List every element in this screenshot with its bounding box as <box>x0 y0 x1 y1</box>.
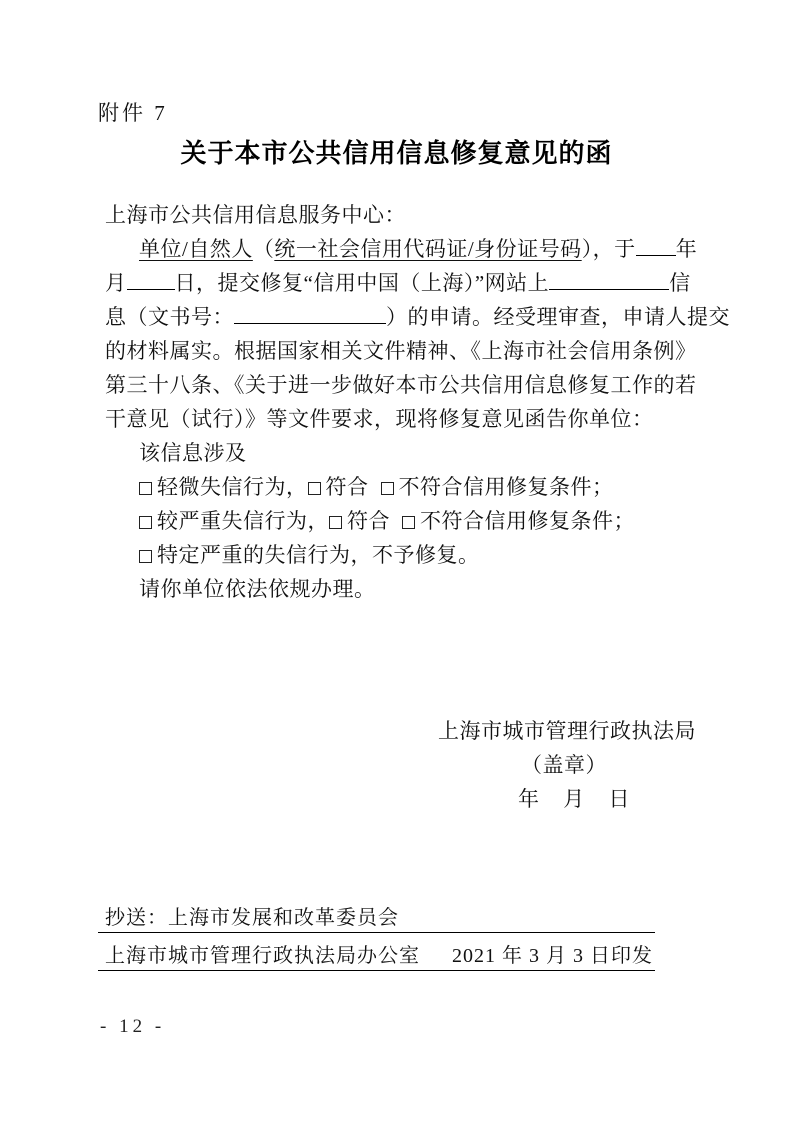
blank-field-info <box>549 271 669 290</box>
checkbox-icon[interactable] <box>308 482 321 495</box>
checkbox-icon[interactable] <box>139 550 152 563</box>
blank-field-docnum <box>234 305 386 324</box>
line-legal-3: 干意见（试行）》等文件要求，现将修复意见函告你单位： <box>105 402 671 436</box>
behavior-label: 轻微失信行为， <box>157 475 308 499</box>
option-row-severe: 特定严重的失信行为，不予修复。 <box>105 538 671 572</box>
signature-seal: （盖章） <box>438 748 690 782</box>
footer-rule-bottom <box>98 970 655 971</box>
opt-yes-label: 符合 <box>347 509 390 533</box>
document-page: 附件 7 关于本市公共信用信息修复意见的函 上海市公共信用信息服务中心： 单位/… <box>0 0 793 1122</box>
opt-yes-label: 符合 <box>326 475 369 499</box>
docnum-suffix: ）的申请。经受理审查，申请人提交 <box>386 305 730 329</box>
signature-block: 上海市城市管理行政执法局 （盖章） 年 月 日 <box>438 714 690 816</box>
after-id-text: ），于 <box>582 237 636 261</box>
footer-print-date: 2021 年 3 月 3 日印发 <box>452 939 653 968</box>
severe-label: 特定严重的失信行为，不予修复。 <box>157 543 480 567</box>
checkbox-icon[interactable] <box>402 516 415 529</box>
info-intro-line: 该信息涉及 <box>105 436 671 470</box>
salutation-line: 上海市公共信用信息服务中心： <box>105 198 671 232</box>
doc-title: 关于本市公共信用信息修复意见的函 <box>0 133 793 170</box>
closing-line: 请你单位依法依规办理。 <box>105 572 671 606</box>
month-label: 月 <box>105 271 127 295</box>
page-number: - 12 - <box>100 1016 165 1038</box>
attachment-label: 附件 7 <box>98 97 168 127</box>
xin-char: 信 <box>669 271 691 295</box>
blank-field-day <box>127 271 175 290</box>
opt-no-label: 不符合信用修复条件； <box>399 475 614 499</box>
option-row-moderate: 较严重失信行为，符合不符合信用修复条件； <box>105 504 671 538</box>
checkbox-icon[interactable] <box>139 516 152 529</box>
line-date-site: 月日，提交修复“信用中国（上海）”网站上信 <box>105 266 671 300</box>
docnum-prefix: 息（文书号： <box>105 305 234 329</box>
year-label: 年 <box>676 237 698 261</box>
checkbox-icon[interactable] <box>329 516 342 529</box>
option-row-minor: 轻微失信行为，符合不符合信用修复条件； <box>105 470 671 504</box>
line-legal-2: 第三十八条、《关于进一步做好本市公共信用信息修复工作的若 <box>105 368 671 402</box>
footer-cc-line: 抄送：上海市发展和改革委员会 <box>105 901 399 930</box>
letter-body: 上海市公共信用信息服务中心： 单位/自然人（统一社会信用代码证/身份证号码），于… <box>105 198 671 606</box>
line-legal-1: 的材料属实。根据国家相关文件精神、《上海市社会信用条例》 <box>105 334 671 368</box>
site-text: 日，提交修复“信用中国（上海）”网站上 <box>175 271 550 295</box>
paren-open: （ <box>253 237 275 261</box>
signature-date: 年 月 日 <box>438 782 690 816</box>
footer-issue-line: 上海市城市管理行政执法局办公室 2021 年 3 月 3 日印发 <box>105 939 653 968</box>
blank-field-year <box>636 237 676 256</box>
line-unit-id: 单位/自然人（统一社会信用代码证/身份证号码），于年 <box>105 232 671 266</box>
unit-label: 单位/自然人 <box>139 237 253 261</box>
checkbox-icon[interactable] <box>139 482 152 495</box>
footer-office: 上海市城市管理行政执法局办公室 <box>105 939 420 968</box>
id-label: 统一社会信用代码证/身份证号码 <box>274 237 581 261</box>
footer-rule-top <box>98 932 655 933</box>
signature-agency: 上海市城市管理行政执法局 <box>438 714 690 748</box>
behavior-label: 较严重失信行为， <box>157 509 329 533</box>
checkbox-icon[interactable] <box>381 482 394 495</box>
opt-no-label: 不符合信用修复条件； <box>420 509 635 533</box>
line-docnum: 息（文书号：）的申请。经受理审查，申请人提交 <box>105 300 671 334</box>
